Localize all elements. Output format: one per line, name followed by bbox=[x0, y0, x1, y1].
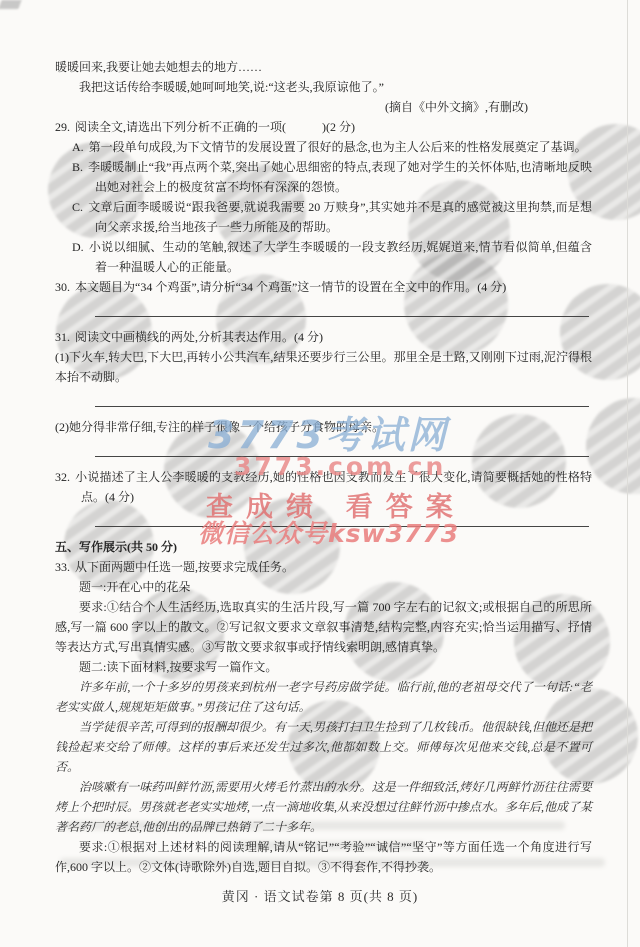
option-label: D. bbox=[72, 240, 84, 254]
question-29: 29.阅读全文,请选出下列分析不正确的一项( )(2 分) bbox=[55, 117, 592, 137]
topic2-requirements: 要求:①根据对上述材料的阅读理解,请从“铭记”“考验”“诚信”“坚守”等方面任选… bbox=[55, 837, 592, 877]
option-text: 文章后面李暖暖说“跟我爸要,就说我需要 20 万赎身”,其实她并不是真的感觉被这… bbox=[88, 200, 592, 234]
q29-option-d: D.小说以细腻、生动的笔触,叙述了大学生李暖暖的一段支教经历,娓娓道来,情节看似… bbox=[55, 237, 592, 277]
q29-option-c: C.文章后面李暖暖说“跟我爸要,就说我需要 20 万赎身”,其实她并不是真的感觉… bbox=[55, 197, 592, 237]
option-label: C. bbox=[72, 200, 83, 214]
answer-blank-line bbox=[95, 391, 589, 407]
option-label: A. bbox=[72, 140, 84, 154]
option-label: B. bbox=[72, 160, 83, 174]
q31-part-2: (2)她分得非常仔细,专注的样子很像一个给孩子分食物的母亲。 bbox=[55, 417, 592, 437]
question-stem: 阅读全文,请选出下列分析不正确的一项( )(2 分) bbox=[75, 120, 355, 134]
question-31: 31.阅读文中画横线的两处,分析其表达作用。(4 分) bbox=[55, 327, 592, 347]
passage-source: (摘自《中外文摘》,有删改) bbox=[55, 97, 592, 117]
question-stem: 小说描述了主人公李暖暖的支教经历,她的性格也因支教而发生了很大变化,请简要概括她… bbox=[75, 470, 592, 504]
section-heading: 五、写作展示(共 50 分) bbox=[55, 537, 592, 557]
question-number: 30. bbox=[55, 280, 70, 294]
question-32: 32.小说描述了主人公李暖暖的支教经历,她的性格也因支教而发生了很大变化,请简要… bbox=[55, 467, 592, 507]
question-stem: 从下面两题中任选一题,按要求完成任务。 bbox=[75, 560, 294, 574]
corner-scan-mark bbox=[0, 0, 22, 9]
q31-part-1: (1)下火车,转大巴,下大巴,再转小公共汽车,结果还要步行三公里。那里全是土路,… bbox=[55, 347, 592, 387]
question-number: 33. bbox=[55, 560, 70, 574]
exam-content: 暖暖回来,我要让她去她想去的地方…… 我把这话传给李暖暖,她呵呵地笑,说:“这老… bbox=[55, 57, 592, 877]
question-30: 30.本文题目为“34 个鸡蛋”,请分析“34 个鸡蛋”这一情节的设置在全文中的… bbox=[55, 277, 592, 297]
passage-continuation-line: 暖暖回来,我要让她去她想去的地方…… bbox=[55, 57, 592, 77]
question-number: 31. bbox=[55, 330, 70, 344]
topic1-title: 题一:开在心中的花朵 bbox=[55, 577, 592, 597]
question-stem: 阅读文中画横线的两处,分析其表达作用。(4 分) bbox=[75, 330, 323, 344]
page-edge-line bbox=[627, 0, 628, 947]
topic2-title: 题二:读下面材料,按要求写一篇作文。 bbox=[55, 657, 592, 677]
topic1-requirements: 要求:①结合个人生活经历,选取真实的生活片段,写一篇 700 字左右的记叙文;或… bbox=[55, 597, 592, 657]
option-text: 第一段单句成段,为下文情节的发展设置了很好的悬念,也为主人公后来的性格发展奠定了… bbox=[89, 140, 587, 154]
passage-paragraph: 我把这话传给李暖暖,她呵呵地笑,说:“这老头,我原谅他了。” bbox=[55, 77, 592, 97]
q29-option-b: B.李暖暖制止“我”再点两个菜,突出了她心思细密的特点,表现了她对学生的关怀体贴… bbox=[55, 157, 592, 197]
watermark-stamp bbox=[586, 398, 640, 494]
material-paragraph: 许多年前,一个十多岁的男孩来到杭州一老字号药房做学徒。临行前,他的老祖母交代了一… bbox=[55, 677, 592, 717]
answer-blank-line bbox=[95, 441, 589, 457]
scanned-exam-page: 暖暖回来,我要让她去她想去的地方…… 我把这话传给李暖暖,她呵呵地笑,说:“这老… bbox=[0, 0, 640, 947]
page-footer: 黄冈 · 语文试卷第 8 页(共 8 页) bbox=[0, 886, 640, 905]
answer-blank-line bbox=[95, 511, 589, 527]
option-text: 李暖暖制止“我”再点两个菜,突出了她心思细密的特点,表现了她对学生的关怀体贴,也… bbox=[88, 160, 592, 194]
answer-blank-line bbox=[95, 301, 589, 317]
option-text: 小说以细腻、生动的笔触,叙述了大学生李暖暖的一段支教经历,娓娓道来,情节看似简单… bbox=[89, 240, 592, 274]
q29-option-a: A.第一段单句成段,为下文情节的发展设置了很好的悬念,也为主人公后来的性格发展奠… bbox=[55, 137, 592, 157]
material-paragraph: 当学徒很辛苦,可得到的报酬却很少。有一天,男孩打扫卫生捡到了几枚钱币。他很缺钱,… bbox=[55, 717, 592, 777]
question-number: 32. bbox=[55, 470, 70, 484]
material-paragraph: 治咳嗽有一味药叫鲜竹沥,需要用火烤毛竹蒸出的水分。这是一件细致活,烤好几两鲜竹沥… bbox=[55, 777, 592, 837]
question-stem: 本文题目为“34 个鸡蛋”,请分析“34 个鸡蛋”这一情节的设置在全文中的作用。… bbox=[75, 280, 506, 294]
question-33: 33.从下面两题中任选一题,按要求完成任务。 bbox=[55, 557, 592, 577]
question-number: 29. bbox=[55, 120, 70, 134]
